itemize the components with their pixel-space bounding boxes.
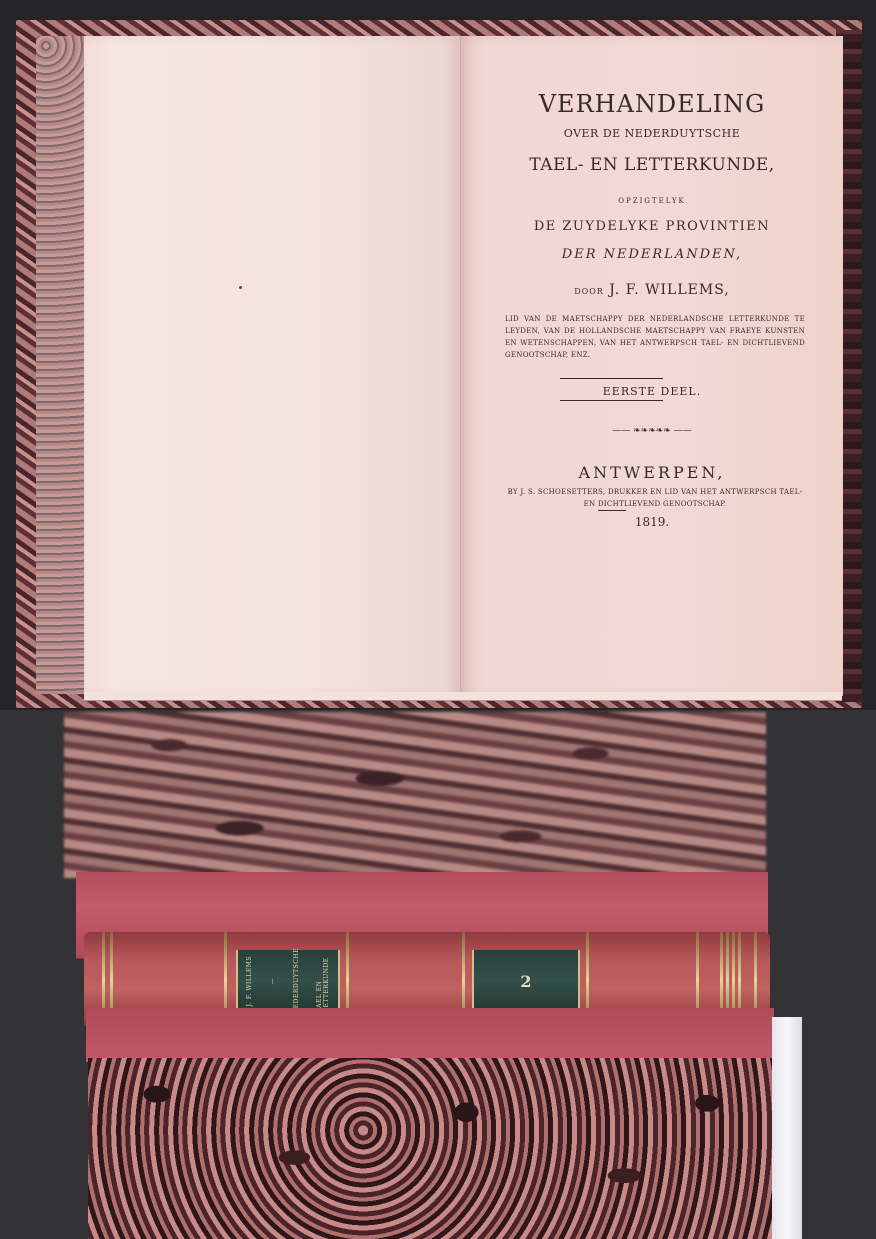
spine-subject-2: TAEL EN LETTERKUNDE xyxy=(316,950,330,1012)
author-line: DOOR J. F. WILLEMS, xyxy=(461,282,843,298)
imprint-city: ANTWERPEN, xyxy=(461,463,843,482)
spine-volume-number: 2 xyxy=(520,972,531,991)
ornament-divider: —— ❧❧❧❧❧ —— xyxy=(461,426,843,436)
spine-dash: — xyxy=(269,978,276,985)
year-rule xyxy=(598,510,626,511)
ink-speck xyxy=(239,286,242,289)
publication-year: 1819. xyxy=(461,515,843,529)
rule-bottom xyxy=(560,400,663,401)
subtitle-line-2: TAEL- EN LETTERKUNDE, xyxy=(461,155,843,175)
book-title: VERHANDELING xyxy=(461,90,843,118)
blank-left-page xyxy=(84,36,461,696)
closed-book-marbled-bottom-cover xyxy=(88,1058,776,1239)
spine-title-label: J. F. WILLEMS — NEDERDUYTSCHE TAEL EN LE… xyxy=(236,950,340,1012)
white-card-strip xyxy=(772,1017,802,1239)
author-prefix: DOOR xyxy=(574,287,604,296)
subtitle-line-3: OPZIGTELYK xyxy=(461,197,843,205)
page-bottom-edge xyxy=(84,692,842,701)
rule-top xyxy=(560,378,663,379)
subtitle-line-1: OVER DE NEDERDUYTSCHE xyxy=(461,127,843,140)
red-cloth-edge-bottom xyxy=(86,1008,774,1062)
spine-volume-label: 2 xyxy=(472,950,580,1012)
spine-subject-1: NEDERDUYTSCHE xyxy=(293,948,300,1014)
closed-book-marbled-top-cover xyxy=(64,712,766,878)
volume-label: EERSTE DEEL. xyxy=(461,385,843,398)
subtitle-line-4: DE ZUYDELYKE PROVINTIEN xyxy=(461,219,843,234)
spine-author: J. F. WILLEMS xyxy=(246,956,253,1006)
author-membership: LID VAN DE MAETSCHAPPY DER NEDERLANDSCHE… xyxy=(505,313,805,361)
subtitle-line-5: DER NEDERLANDEN, xyxy=(461,247,843,262)
author-name: J. F. WILLEMS, xyxy=(609,282,729,298)
printer-line: BY J. S. SCHOESETTERS, DRUKKER EN LID VA… xyxy=(505,486,805,510)
marbled-endpaper xyxy=(36,36,85,694)
